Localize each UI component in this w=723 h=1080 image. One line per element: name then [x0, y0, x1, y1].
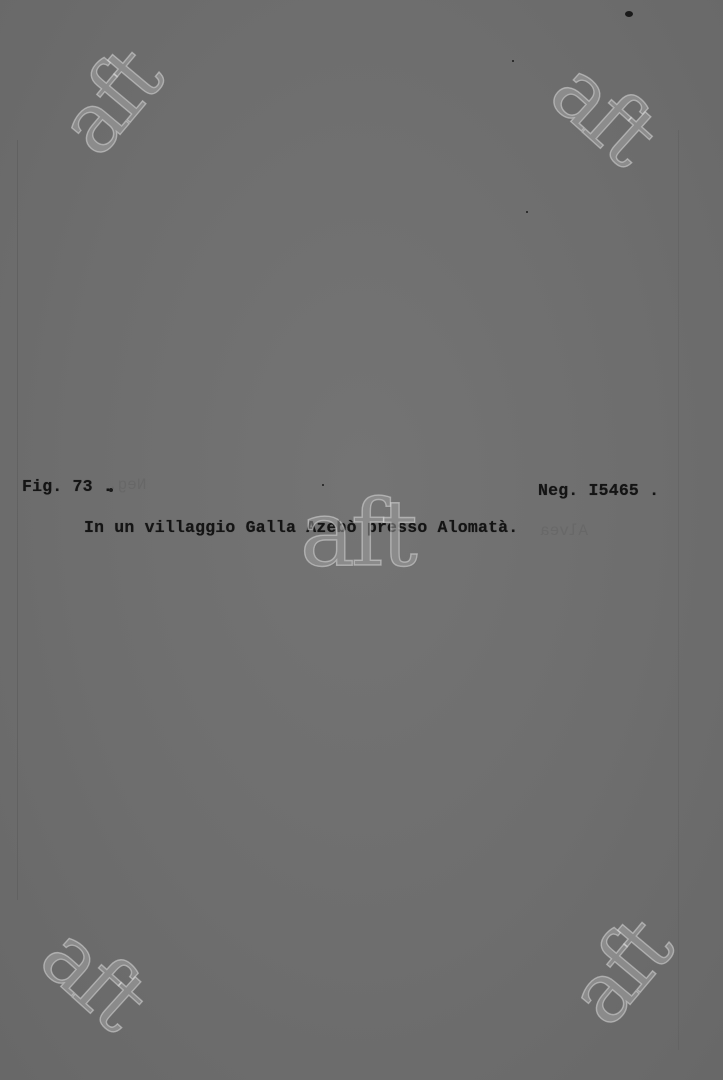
- archive-card: Neg. Alvea Fig. 73 . Neg. I5465 . In un …: [0, 0, 723, 1080]
- watermark-bottom-left: aft: [27, 911, 160, 1042]
- watermark-center: aft: [300, 488, 414, 580]
- negative-number: Neg. I5465 .: [538, 481, 659, 500]
- watermark-bottom-right: aft: [554, 906, 685, 1039]
- watermark-top-left: aft: [44, 36, 175, 169]
- figure-number: Fig. 73 .: [22, 477, 113, 496]
- ink-speck: [625, 11, 633, 17]
- card-right-edge: [678, 130, 679, 1050]
- card-left-edge: [17, 140, 18, 900]
- bleed-through-text: Neg.: [108, 476, 146, 494]
- bleed-through-text: Alvea: [540, 522, 588, 540]
- ink-speck: [526, 211, 528, 213]
- watermark-top-right: aft: [537, 46, 670, 177]
- ink-speck: [512, 60, 514, 62]
